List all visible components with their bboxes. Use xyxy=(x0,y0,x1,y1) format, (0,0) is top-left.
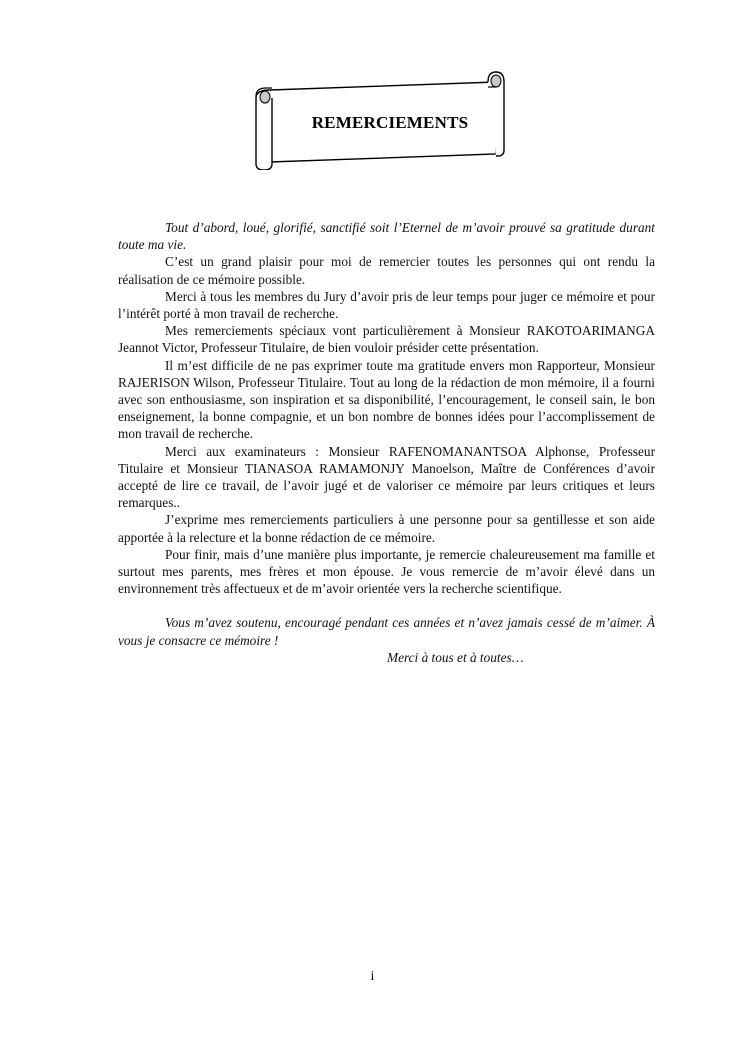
closing-line: Merci à tous et à toutes… xyxy=(118,649,655,666)
acknowledgements-body: Tout d’abord, loué, glorifié, sanctifié … xyxy=(118,219,655,666)
paragraph-examiners: Merci aux examinateurs : Monsieur RAFENO… xyxy=(118,443,655,512)
paragraph-praise: Tout d’abord, loué, glorifié, sanctifié … xyxy=(118,219,655,253)
paragraph-jury: Merci à tous les membres du Jury d’avoir… xyxy=(118,288,655,322)
paragraph-rapporteur: Il m’est difficile de ne pas exprimer to… xyxy=(118,357,655,443)
title-scroll-banner: Remerciements xyxy=(252,70,510,170)
paragraph-dedication: Vous m’avez soutenu, encouragé pendant c… xyxy=(118,614,655,648)
paragraph-president: Mes remerciements spéciaux vont particul… xyxy=(118,322,655,356)
page-number: i xyxy=(0,969,745,985)
paragraph-family: Pour finir, mais d’une manière plus impo… xyxy=(118,546,655,598)
paragraph-intro-thanks: C’est un grand plaisir pour moi de remer… xyxy=(118,253,655,287)
page-title: Remerciements xyxy=(270,113,510,133)
paragraph-proofreader: J’exprime mes remerciements particuliers… xyxy=(118,511,655,545)
